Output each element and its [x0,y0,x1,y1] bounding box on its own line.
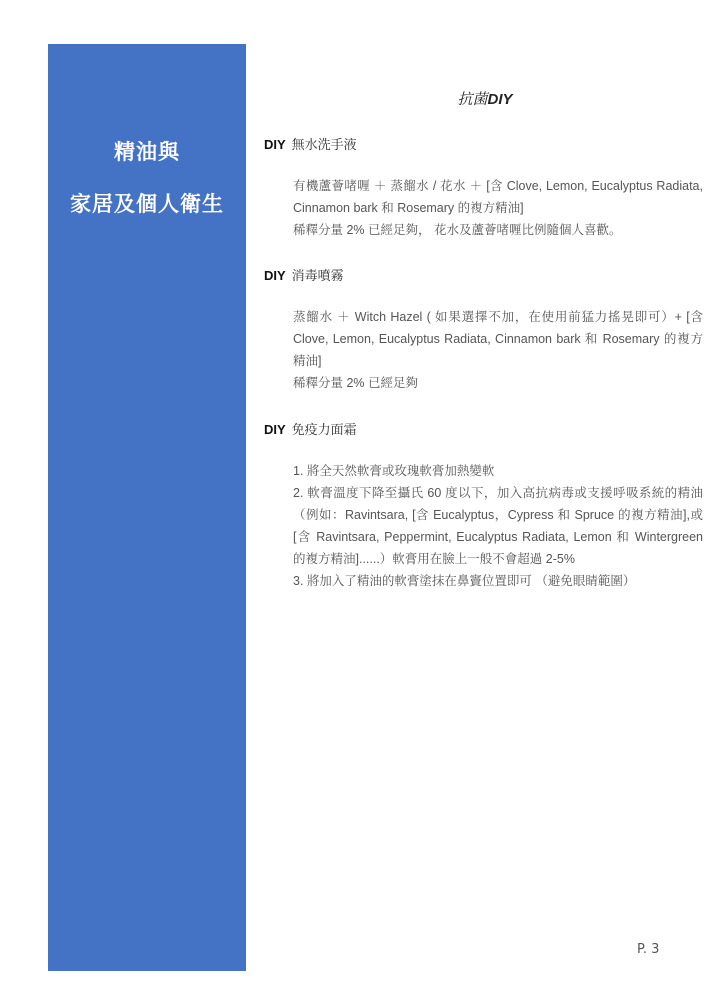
section-prefix: DIY [264,422,286,437]
page-number: P. 3 [637,942,659,957]
recipe-line: 蒸餾水 ＋ Witch Hazel ( 如果選擇不加，在使用前猛力搖晃即可）+ … [293,306,703,372]
sidebar-title-line1: 精油與 [48,136,246,166]
section-body-hand-sanitizer: 有機蘆薈啫喱 ＋ 蒸餾水 / 花水 ＋ [含 Clove, Lemon, Euc… [293,175,703,241]
sidebar-title-line2: 家居及個人衛生 [48,188,246,218]
section-heading-hand-sanitizer: DIY無水洗手液 [264,134,357,153]
page-title: 抗菌DIY [250,88,720,109]
page-title-cn: 抗菌 [457,90,487,108]
section-title: 消毒噴霧 [292,269,344,284]
section-body-disinfectant-spray: 蒸餾水 ＋ Witch Hazel ( 如果選擇不加，在使用前猛力搖晃即可）+ … [293,306,703,394]
dilution-line: 稀釋分量 2% 已經足夠， 花水及蘆薈啫喱比例隨個人喜歡。 [293,219,703,241]
section-prefix: DIY [264,268,286,283]
step-3: 3. 將加入了精油的軟膏塗抹在鼻竇位置即可 （避免眼睛範圍） [293,570,703,592]
page-title-en: DIY [488,91,513,108]
section-body-immunity-balm: 1. 將全天然軟膏或玫瑰軟膏加熱變軟 2. 軟膏溫度下降至攝氏 60 度以下，加… [293,460,703,592]
dilution-line: 稀釋分量 2% 已經足夠 [293,372,703,394]
section-heading-disinfectant-spray: DIY消毒噴霧 [264,265,344,284]
section-title: 免疫力面霜 [292,423,357,438]
section-heading-immunity-balm: DIY免疫力面霜 [264,419,357,438]
section-prefix: DIY [264,137,286,152]
step-2: 2. 軟膏溫度下降至攝氏 60 度以下，加入高抗病毒或支援呼吸系統的精油（例如：… [293,482,703,570]
recipe-line: 有機蘆薈啫喱 ＋ 蒸餾水 / 花水 ＋ [含 Clove, Lemon, Euc… [293,175,703,219]
step-1: 1. 將全天然軟膏或玫瑰軟膏加熱變軟 [293,460,703,482]
sidebar-panel: 精油與 家居及個人衛生 [48,44,246,971]
section-title: 無水洗手液 [292,138,357,153]
